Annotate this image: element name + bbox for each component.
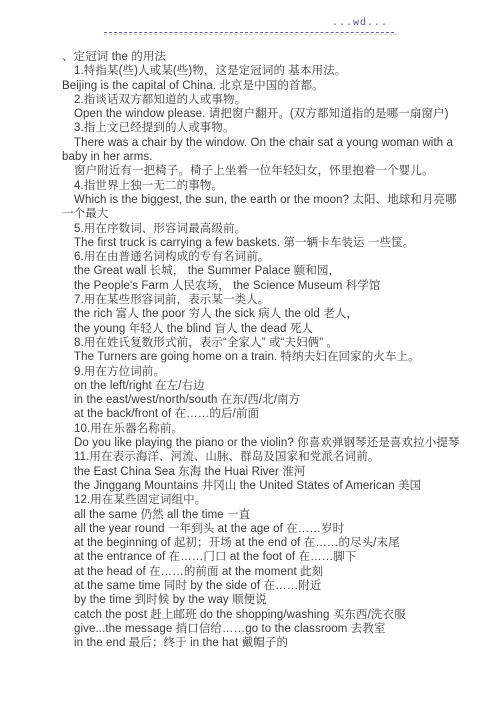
text-line: The Turners are going home on a train. 特…	[62, 350, 476, 364]
text-line: the Jinggang Mountains 井冈山 the United St…	[62, 479, 476, 493]
text-line: by the time 到时候 by the way 顺便说	[62, 593, 476, 607]
text-line: at the back/front of 在……的后/前面	[62, 407, 476, 421]
text-line: The first truck is carrying a few basket…	[62, 236, 476, 250]
text-line: 6.用在由普通名词构成的专有名词前。	[62, 250, 476, 264]
text-line: Beijing is the capital of China. 北京是中国的首…	[62, 79, 476, 93]
text-line: at the entrance of 在……门口 at the foot of …	[62, 550, 476, 564]
text-line: Which is the biggest, the sun, the earth…	[62, 193, 476, 207]
text-line: the East China Sea 东海 the Huai River 淮河	[62, 465, 476, 479]
text-line: 3.指上文已经提到的人或事物。	[62, 121, 476, 135]
text-line: at the beginning of 起初；开场 at the end of …	[62, 536, 476, 550]
text-line: 、定冠词 the 的用法	[62, 50, 476, 64]
text-line: Do you like playing the piano or the vio…	[62, 436, 476, 450]
text-line: 5.用在序数词、形容词最高级前。	[62, 222, 476, 236]
document-body: 、定冠词 the 的用法1.特指某(些)人或某(些)物，这是定冠词的 基本用法。…	[62, 50, 476, 650]
text-line: 窗户附近有一把椅子。椅子上坐着一位年轻妇女，怀里抱着一个婴儿。	[62, 164, 476, 178]
text-line: There was a chair by the window. On the …	[62, 136, 476, 150]
text-line: the rich 富人 the poor 穷人 the sick 病人 the …	[62, 307, 476, 321]
text-line: in the end 最后；终于 in the hat 戴帽子的	[62, 636, 476, 650]
text-line: 9.用在方位词前。	[62, 365, 476, 379]
text-line: 12.用在某些固定词组中。	[62, 493, 476, 507]
text-line: 10.用在乐器名称前。	[62, 422, 476, 436]
text-line: 7.用在某些形容词前，表示某一类人。	[62, 293, 476, 307]
text-line: Open the window please. 请把窗户翻开。(双方都知道指的是…	[62, 107, 476, 121]
header-divider: ...wd...	[104, 12, 394, 35]
document-page: ...wd... 、定冠词 the 的用法1.特指某(些)人或某(些)物，这是定…	[0, 0, 500, 707]
text-line: 2.指谈话双方都知道的人或事物。	[62, 93, 476, 107]
text-line: all the year round 一年到头 at the age of 在……	[62, 522, 476, 536]
text-line: 11.用在表示海洋、河流、山脉、群岛及国家和党派名词前。	[62, 450, 476, 464]
text-line: in the east/west/north/south 在东/西/北/南方	[62, 393, 476, 407]
text-line: catch the post 赶上邮班 do the shopping/wash…	[62, 608, 476, 622]
text-line: 1.特指某(些)人或某(些)物，这是定冠词的 基本用法。	[62, 64, 476, 78]
text-line: 一个最大	[62, 207, 476, 221]
text-line: 8.用在姓氏复数形式前，表示“全家人” 或“夫妇俩” 。	[62, 336, 476, 350]
text-line: the young 年轻人 the blind 盲人 the dead 死人	[62, 322, 476, 336]
text-line: the Great wall 长城， the Summer Palace 颐和园…	[62, 264, 476, 278]
text-line: all the same 仍然 all the time 一直	[62, 508, 476, 522]
dashed-rule-shadow	[104, 33, 397, 35]
text-line: the People's Farm 人民农场， the Science Muse…	[62, 279, 476, 293]
watermark-label: ...wd...	[332, 18, 394, 30]
text-line: at the head of 在……的前面 at the moment 此刻	[62, 565, 476, 579]
text-line: baby in her arms.	[62, 150, 476, 164]
text-line: 4.指世界上独一无二的事物。	[62, 179, 476, 193]
text-line: give...the message 捎口信给……go to the class…	[62, 622, 476, 636]
text-line: on the left/right 在左/右边	[62, 379, 476, 393]
text-line: at the same time 同时 by the side of 在……附近	[62, 579, 476, 593]
